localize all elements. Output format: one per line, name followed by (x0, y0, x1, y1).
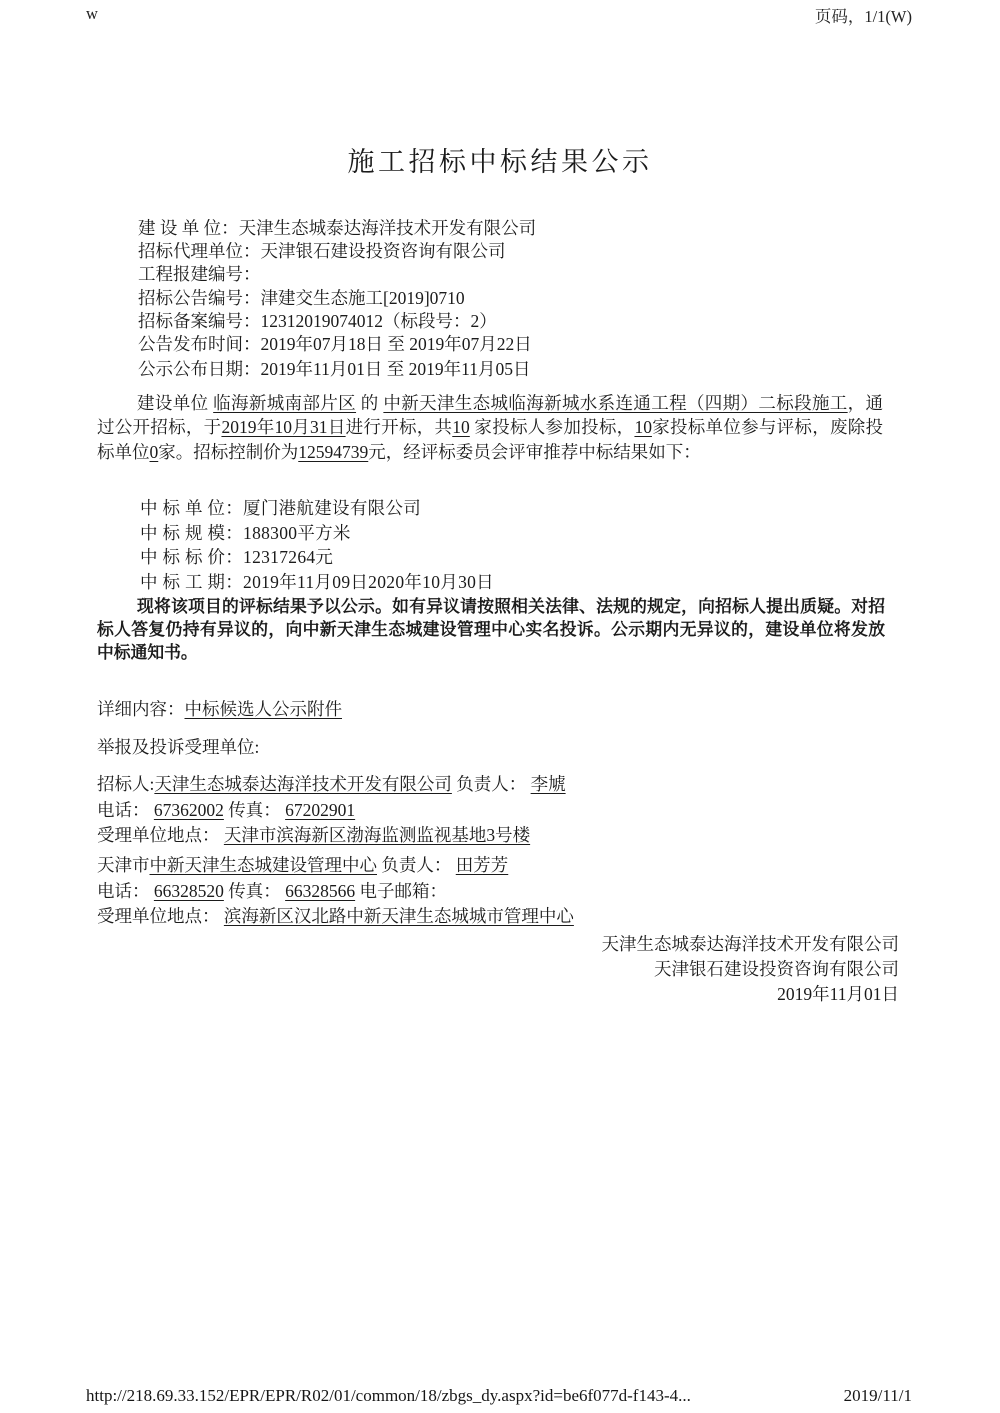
text-segment: 受理单位地点： (97, 825, 224, 845)
text-segment: 电子邮箱： (355, 881, 447, 901)
report-units-heading: 举报及投诉受理单位: (97, 736, 259, 759)
admin-name-line: 天津市中新天津生态城建设管理中心 负责人： 田芳芳 (97, 853, 574, 879)
text-segment: 传真： (224, 800, 285, 820)
underlined-value: 田芳芳 (456, 855, 509, 875)
text-segment: 详细内容： (97, 699, 185, 719)
underlined-value: 12594739 (298, 442, 368, 462)
award-value: 2019年11月09日2020年10月30日 (243, 572, 494, 592)
publicity-label: 公示公布日期： (138, 359, 261, 379)
underlined-value: 67202901 (285, 800, 355, 820)
footer-source-url: http://218.69.33.152/EPR/EPR/R02/01/comm… (86, 1386, 691, 1406)
info-line-announcement-no: 招标公告编号：津建交生态施工[2019]0710 (138, 287, 536, 310)
award-value: 188300平方米 (243, 523, 351, 543)
underlined-value: 67362002 (154, 800, 224, 820)
award-label: 中 标 规 模： (140, 523, 243, 543)
document-page: w 页码，1/1(W) 施工招标中标结果公示 建 设 单 位：天津生态城泰达海洋… (0, 0, 1000, 1413)
underlined-value: 临海新城南部片区 (213, 393, 356, 413)
info-label: 招标公告编号： (138, 288, 261, 308)
tenderer-contact-block: 招标人:天津生态城泰达海洋技术开发有限公司 负责人： 李虓 电话： 673620… (97, 772, 566, 849)
text-segment: 电话： (97, 881, 154, 901)
underlined-value: 天津生态城泰达海洋技术开发有限公司 (154, 774, 452, 794)
info-line-announce-dates: 公告发布时间：2019年07月18日 至 2019年07月22日 (138, 333, 536, 356)
footer-print-date: 2019/11/1 (844, 1386, 912, 1406)
underlined-value: 滨海新区汉北路中新天津生态城城市管理中心 (224, 906, 574, 926)
info-value: 津建交生态施工[2019]0710 (261, 288, 465, 308)
underlined-value: 10 (452, 417, 470, 437)
info-value: 2019年07月18日 至 2019年07月22日 (261, 334, 532, 354)
underlined-value: 10 (634, 417, 652, 437)
award-line-price: 中 标 标 价：12317264元 (140, 545, 494, 570)
signature-company-1: 天津生态城泰达海洋技术开发有限公司 (602, 932, 900, 957)
detail-content-line: 详细内容：中标候选人公示附件 (97, 698, 342, 721)
info-label: 工程报建编号： (138, 264, 261, 284)
project-info-block: 建 设 单 位：天津生态城泰达海洋技术开发有限公司 招标代理单位：天津银石建设投… (138, 217, 536, 356)
info-line-construction-unit: 建 设 单 位：天津生态城泰达海洋技术开发有限公司 (138, 217, 536, 240)
text-segment: 进行开标，共 (346, 417, 453, 437)
award-line-duration: 中 标 工 期：2019年11月09日2020年10月30日 (140, 570, 494, 595)
publicity-value: 2019年11月01日 至 2019年11月05日 (261, 359, 531, 379)
tenderer-address-line: 受理单位地点： 天津市滨海新区渤海监测监视基地3号楼 (97, 823, 566, 849)
info-line-project-filing-no: 工程报建编号： (138, 263, 536, 286)
signature-date: 2019年11月01日 (602, 982, 900, 1007)
info-line-agency: 招标代理单位：天津银石建设投资咨询有限公司 (138, 240, 536, 263)
signature-block: 天津生态城泰达海洋技术开发有限公司 天津银石建设投资咨询有限公司 2019年11… (602, 932, 900, 1007)
info-value: 12312019074012（标段号：2） (261, 311, 497, 331)
underlined-value: 中新天津生态城建设管理中心 (150, 855, 378, 875)
text-segment: 传真： (224, 881, 285, 901)
text-segment: 负责人： (452, 774, 531, 794)
underlined-value: 中新天津生态城临海新城水系连通工程（四期）二标段施工 (383, 393, 847, 413)
award-label: 中 标 工 期： (140, 572, 243, 592)
info-label: 公告发布时间： (138, 334, 261, 354)
text-segment: 招标人: (97, 774, 154, 794)
admin-center-contact-block: 天津市中新天津生态城建设管理中心 负责人： 田芳芳 电话： 66328520 传… (97, 853, 574, 930)
text-segment: 受理单位地点： (97, 906, 224, 926)
tenderer-name-line: 招标人:天津生态城泰达海洋技术开发有限公司 负责人： 李虓 (97, 772, 566, 798)
underlined-value: 李虓 (531, 774, 566, 794)
award-value: 12317264元 (243, 547, 333, 567)
bid-opening-paragraph: 建设单位 临海新城南部片区 的 中新天津生态城临海新城水系连通工程（四期）二标段… (97, 391, 883, 464)
info-line-record-no: 招标备案编号：12312019074012（标段号：2） (138, 310, 536, 333)
info-label: 招标备案编号： (138, 311, 261, 331)
objection-notice-paragraph: 现将该项目的评标结果予以公示。如有异议请按照相关法律、法规的规定，向招标人提出质… (97, 595, 885, 664)
underlined-value: 天津市滨海新区渤海监测监视基地3号楼 (224, 825, 530, 845)
award-label: 中 标 标 价： (140, 547, 243, 567)
underlined-value: 0 (150, 442, 159, 462)
text-segment: 天津市 (97, 855, 150, 875)
underlined-value: 66328520 (154, 881, 224, 901)
attachment-link[interactable]: 中标候选人公示附件 (185, 699, 343, 719)
award-result-block: 中 标 单 位：厦门港航建设有限公司 中 标 规 模：188300平方米 中 标… (140, 496, 494, 594)
text-segment: 的 (356, 393, 383, 413)
header-page-number: 页码，1/1(W) (815, 3, 912, 27)
text-segment: 家。招标控制价为 (158, 442, 298, 462)
admin-address-line: 受理单位地点： 滨海新区汉北路中新天津生态城城市管理中心 (97, 904, 574, 930)
award-value: 厦门港航建设有限公司 (243, 498, 421, 518)
award-line-scale: 中 标 规 模：188300平方米 (140, 521, 494, 546)
signature-company-2: 天津银石建设投资咨询有限公司 (602, 957, 900, 982)
admin-phone-line: 电话： 66328520 传真： 66328566 电子邮箱： (97, 879, 574, 905)
info-label: 建 设 单 位： (138, 218, 239, 238)
tenderer-phone-line: 电话： 67362002 传真： 67202901 (97, 798, 566, 824)
award-label: 中 标 单 位： (140, 498, 243, 518)
award-line-winner: 中 标 单 位：厦门港航建设有限公司 (140, 496, 494, 521)
underlined-value: 66328566 (285, 881, 355, 901)
publicity-date-line: 公示公布日期：2019年11月01日 至 2019年11月05日 (138, 358, 530, 381)
text-segment: 负责人： (377, 855, 456, 875)
text-segment: 家投标人参加投标， (470, 417, 635, 437)
info-value: 天津生态城泰达海洋技术开发有限公司 (239, 218, 537, 238)
info-label: 招标代理单位： (138, 241, 261, 261)
text-segment: 电话： (97, 800, 154, 820)
header-left-mark: w (86, 4, 98, 24)
page-title: 施工招标中标结果公示 (0, 140, 1000, 179)
text-segment: 元，经评标委员会评审推荐中标结果如下： (368, 442, 701, 462)
underlined-value: 2019年10月31日 (221, 417, 345, 437)
info-value: 天津银石建设投资咨询有限公司 (261, 241, 506, 261)
text-segment: 建设单位 (137, 393, 213, 413)
